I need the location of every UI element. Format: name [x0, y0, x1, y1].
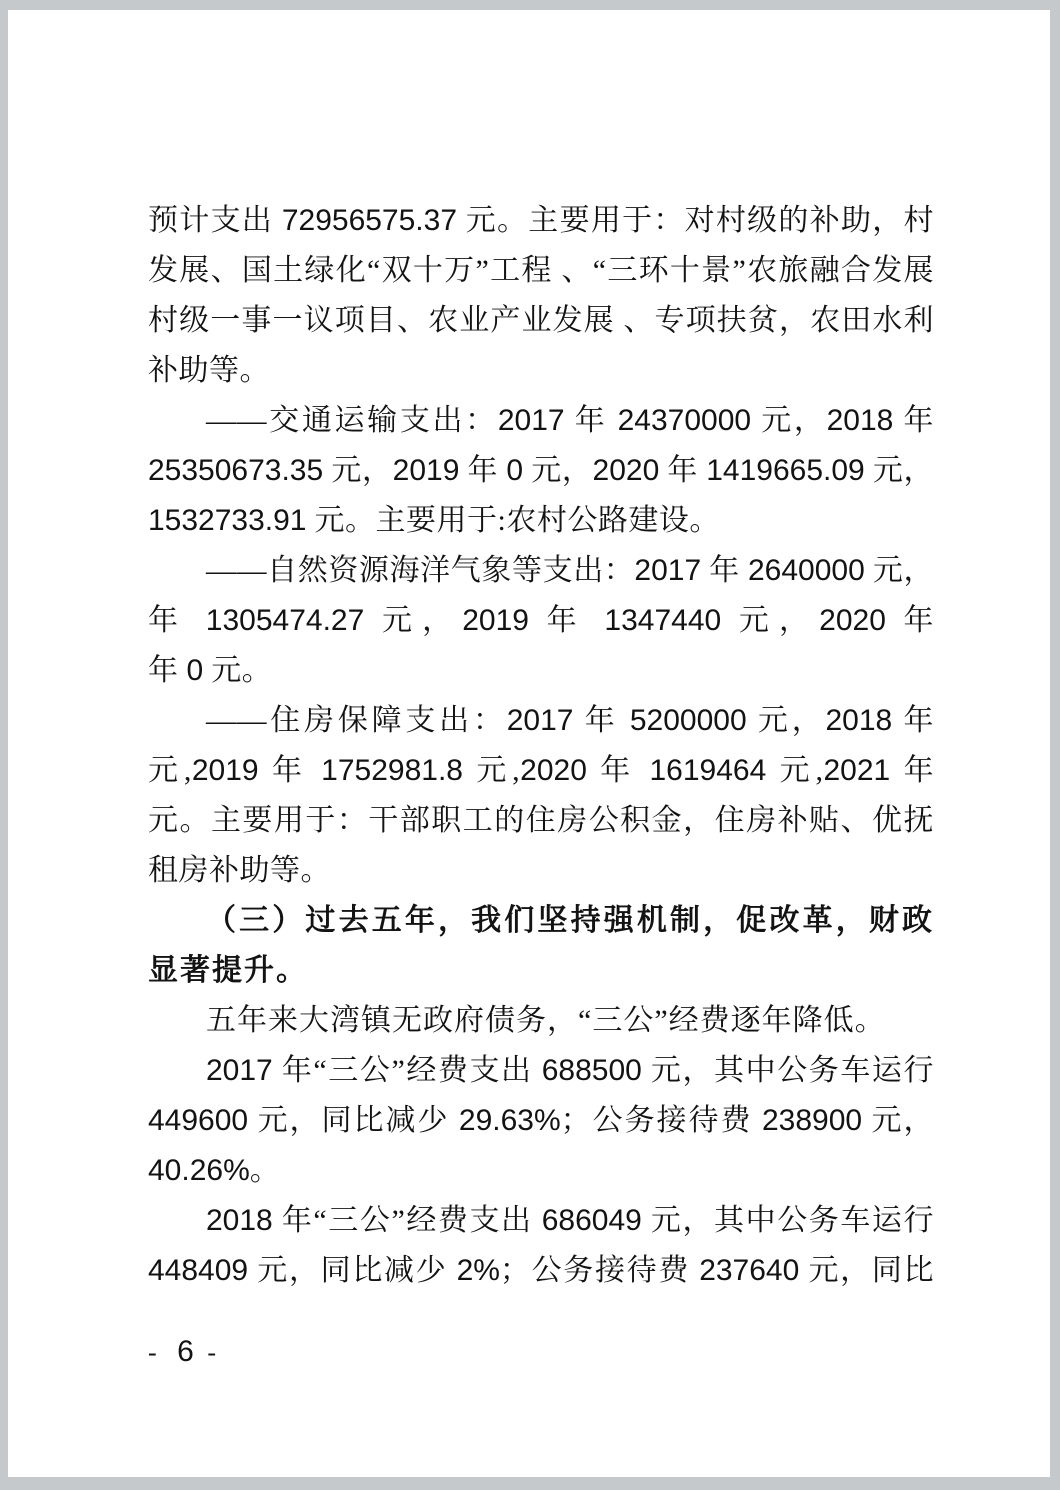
text-line: 448409 元，同比减少 2%；公务接待费 237640 元，同比减少 4%。	[148, 1246, 934, 1296]
text-line: 五年来大湾镇无政府债务，“三公”经费逐年降低。	[148, 996, 934, 1046]
text-line: 2017 年“三公”经费支出 688500 元，其中公务车运行维护费	[148, 1046, 934, 1096]
text-line: （三）过去五年，我们坚持强机制，促改革，财政管理水平	[148, 896, 934, 946]
text-line: 40.26%。	[148, 1146, 934, 1196]
page-number: - 6 -	[148, 1332, 223, 1373]
text-line: 元。主要用于：干部职工的住房公积金，住房补贴、优抚对象廉	[148, 796, 934, 846]
text-line: 元,2019 年 1752981.8 元,2020 年 1619464 元,20…	[148, 746, 934, 796]
paragraph-budget-continuation: 预计支出 72956575.37 元。主要用于：对村级的补助，村级集体 发展、国…	[148, 196, 934, 396]
paragraph-2018-three-public: 2018 年“三公”经费支出 686049 元，其中公务车运行维护费 44840…	[148, 1196, 934, 1296]
text-line: 预计支出 72956575.37 元。主要用于：对村级的补助，村级集体	[148, 196, 934, 246]
text-line: ——住房保障支出：2017 年 5200000 元，2018 年 4047705	[148, 696, 934, 746]
heading-section-three: （三）过去五年，我们坚持强机制，促改革，财政管理水平 显著提升。	[148, 896, 934, 996]
paragraph-transport-expenditure: ——交通运输支出：2017 年 24370000 元，2018 年 253506…	[148, 396, 934, 546]
document-body: 预计支出 72956575.37 元。主要用于：对村级的补助，村级集体 发展、国…	[148, 196, 934, 1296]
text-line: 1532733.91 元。主要用于:农村公路建设。	[148, 496, 934, 546]
text-line: 25350673.35 元，2019 年 0 元，2020 年 1419665.…	[148, 446, 934, 496]
paragraph-housing-expenditure: ——住房保障支出：2017 年 5200000 元，2018 年 4047705…	[148, 696, 934, 896]
paragraph-2017-three-public: 2017 年“三公”经费支出 688500 元，其中公务车运行维护费 44960…	[148, 1046, 934, 1196]
text-line: 村级一事一议项目、农业产业发展 、专项扶贫，农田水利建设	[148, 296, 934, 346]
text-line: 449600 元，同比减少 29.63%；公务接待费 238900 元，同比减少	[148, 1096, 934, 1146]
text-line: ——自然资源海洋气象等支出：2017 年 2640000 元，2018	[148, 546, 934, 596]
text-line: 发展、国土绿化“双十万”工程 、“三环十景”农旅融合发展项目、	[148, 246, 934, 296]
paragraph-natural-resources-expenditure: ——自然资源海洋气象等支出：2017 年 2640000 元，2018 年 13…	[148, 546, 934, 696]
text-line: ——交通运输支出：2017 年 24370000 元，2018 年	[148, 396, 934, 446]
text-line: 2018 年“三公”经费支出 686049 元，其中公务车运行维护费	[148, 1196, 934, 1246]
text-line: 年 0 元。	[148, 646, 934, 696]
text-line: 年 1305474.27 元，2019 年 1347440 元，2020 年 1…	[148, 596, 934, 646]
paragraph-three-public-overview: 五年来大湾镇无政府债务，“三公”经费逐年降低。	[148, 996, 934, 1046]
text-line: 租房补助等。	[148, 846, 934, 896]
text-line: 补助等。	[148, 346, 934, 396]
text-line: 显著提升。	[148, 946, 934, 996]
